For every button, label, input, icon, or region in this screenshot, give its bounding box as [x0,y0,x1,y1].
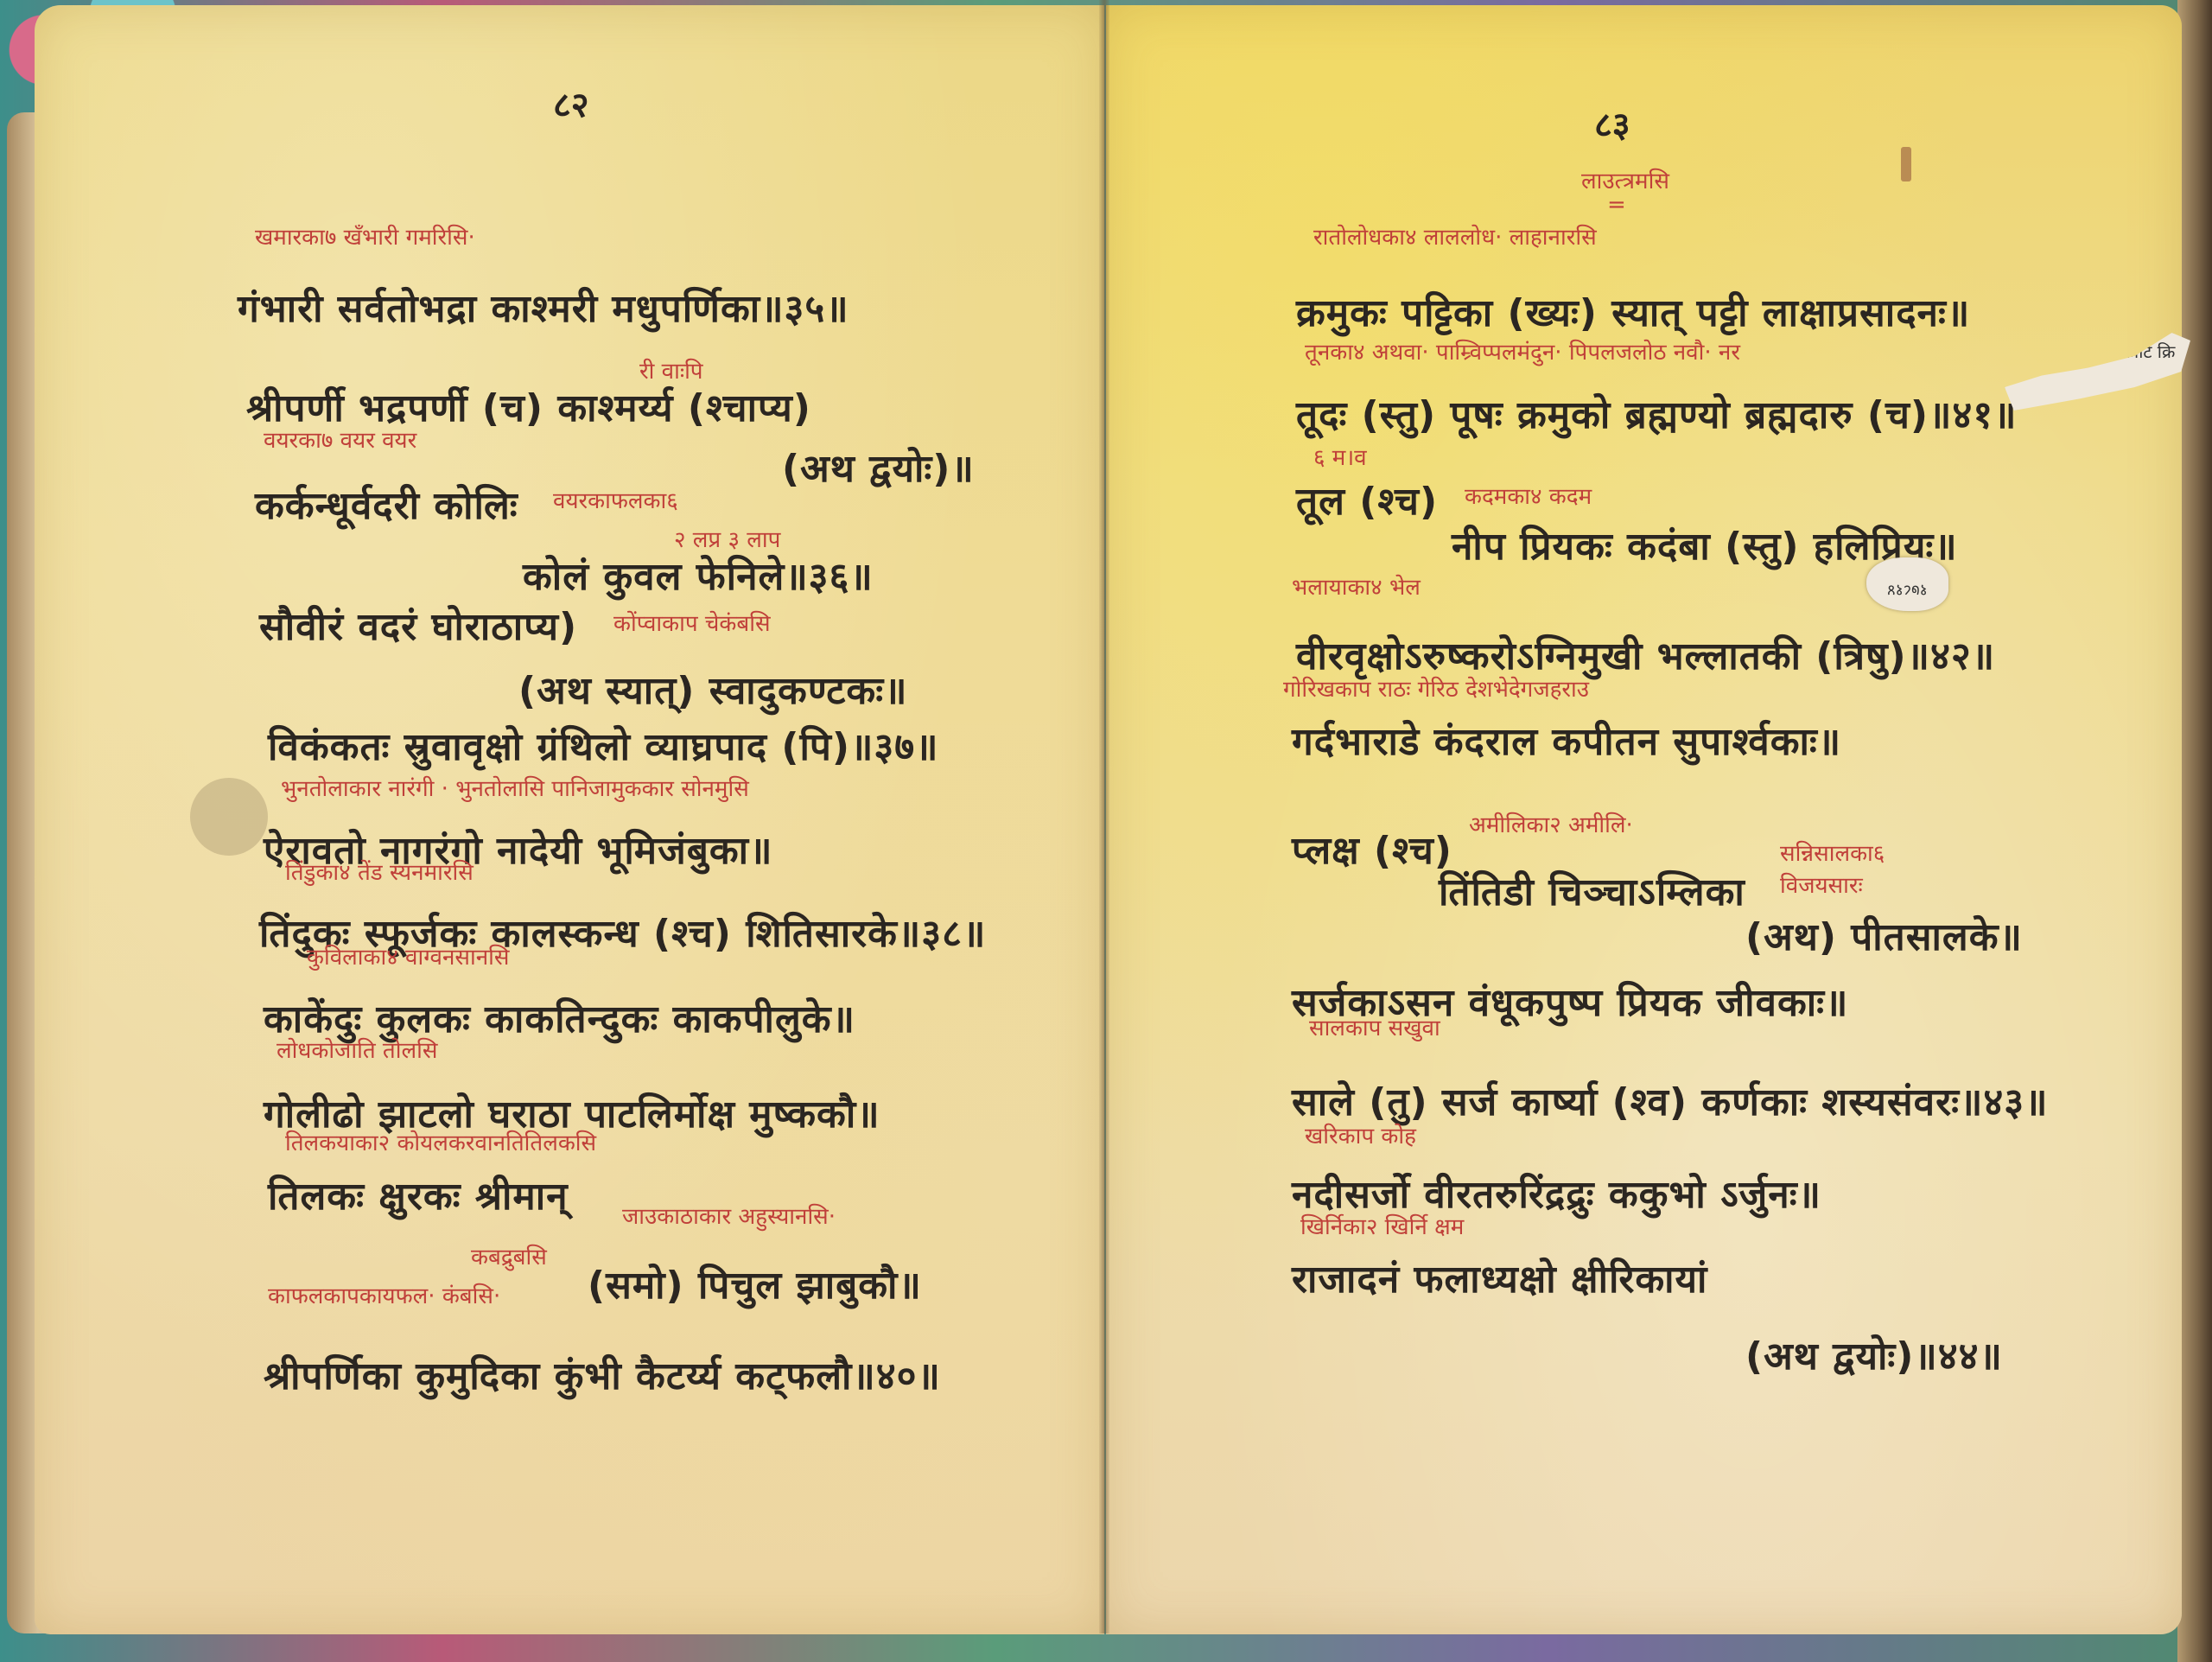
verse-line: साले (तु) सर्ज कार्ष्या (श्व) कर्णकाः शस… [1292,1074,2048,1126]
red-gloss: ६ म।व [1313,441,1367,472]
red-gloss: जाउकाठाकार अहुस्यानसि· [622,1200,836,1231]
verse-line: राजादनं फलाध्यक्षो क्षीरिकायां [1292,1251,1707,1303]
red-gloss: तिलकयाका२ कोयलकरवानतितिलकसि [285,1126,596,1157]
red-gloss: खमारका७ खँभारी गमरिसि· [255,220,475,252]
verse-line: प्लक्ष (श्च) [1292,823,1452,875]
red-gloss: कुविलाका४ वाग्वनसानसि [307,940,509,971]
red-gloss: लोधकोजाति तोलसि [276,1034,437,1065]
verse-line: क्रमुकः पट्टिका (ख्यः) स्यात् पट्टी लाक्… [1296,285,1970,337]
right-page [1106,5,2182,1634]
red-gloss: वयरका७ वयर वयर [264,423,416,455]
left-page-number: ८२ [553,80,589,127]
red-gloss: कदमका४ कदम [1465,480,1592,511]
verse-line: तूल (श्च) [1296,474,1438,525]
right-page-number: ८३ [1594,99,1630,147]
verse-line: (अथ स्यात्) स्वादुकण्टकः॥ [518,663,907,715]
red-gloss: लाउत्त्रमसि [1581,164,1669,195]
red-gloss: वयरकाफलका६ [553,484,678,515]
red-gloss: अमीलिका२ अमीलि· [1469,808,1633,839]
red-gloss: कबद्रुबसि [471,1240,547,1271]
verse-line: गर्दभाराडे कंदराल कपीतन सुपार्श्वकाः॥ [1292,714,1841,766]
red-gloss: काफलकापकायफल· कंबसि· [268,1279,500,1310]
verse-line: (अथ) पीतसालके॥ [1745,909,2023,961]
verse-line: विकंकतः स्रुवावृक्षो ग्रंथिलो व्याघ्रपाद… [268,719,939,771]
red-gloss: तूनका४ अथवा· पाम्र्विप्पलमंदुन· पिपलजलोठ… [1305,335,1740,366]
book-right-edge [2177,0,2212,1662]
red-gloss: गोरिखकाप राठः गेरिठ देशभेदेगजहराउ [1283,672,1589,704]
red-gloss: सालकाप सखुवा [1309,1011,1440,1042]
red-gloss: कोंप्वाकाप चेकंबसि [613,607,771,638]
verse-line: गंभारी सर्वतोभद्रा काश्मरी मधुपर्णिका॥३५… [238,281,849,333]
verse-line: (अथ द्वयोः)॥ [782,441,975,493]
verse-line: तिलकः क्षुरकः श्रीमान् [268,1168,569,1220]
verse-line: तिंतिडी चिञ्चाऽम्लिका [1439,864,1745,916]
ink-stain [190,778,268,856]
verse-line: (समो) पिचुल झाबुकौ॥ [588,1258,922,1309]
ink-mark [1901,147,1911,181]
red-gloss: = [1607,192,1626,218]
verse-line: सौवीरं वदरं घोराठाप्य) [259,599,577,651]
verse-line: श्रीपर्णिका कुमुदिका कुंभी कैटर्य्य कट्फ… [264,1348,941,1400]
red-gloss: भुनतोलाकार नारंगी · भुनतोलासि पानिजामुकक… [281,772,749,803]
verse-line: (अथ द्वयोः)॥४४॥ [1745,1328,2003,1380]
red-gloss: सन्निसालका६ [1780,837,1885,868]
red-gloss: खरिकाप कोह [1305,1119,1416,1150]
red-gloss: खिर्निका२ खिर्नि क्षम [1300,1210,1464,1241]
book-gutter [1099,0,1109,1633]
verse-line: कोलं कुवल फेनिले॥३६॥ [523,549,874,601]
red-gloss: तिंडुका४ तेंड स्यनमारसि [285,856,474,887]
red-gloss: रातोलोधका४ लाललोध· लाहानारसि [1313,220,1597,252]
verse-line: कर्कन्धूर्वदरी कोलिः [255,478,518,530]
verse-line: तूदः (स्तु) पूषः क्रमुको ब्रह्मण्यो ब्रह… [1296,387,2018,439]
catalog-label-fragment: १७८१४ [1866,557,1948,611]
red-gloss: भलायाका४ भेल [1292,570,1421,602]
red-gloss: विजयसारः [1780,869,1863,900]
